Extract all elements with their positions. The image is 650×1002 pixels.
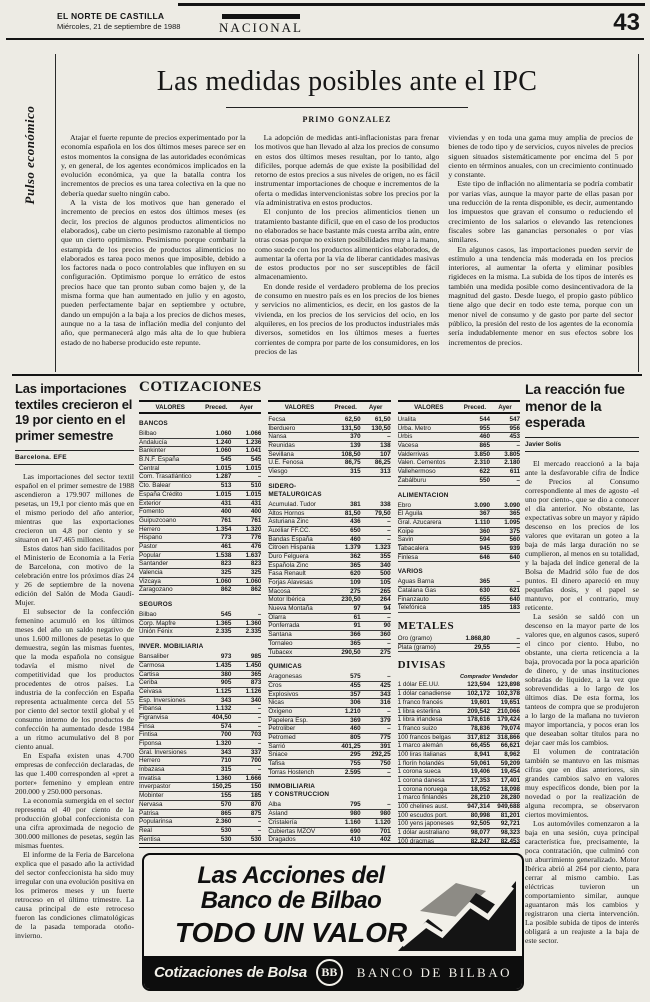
fx-column-header: CompradorVendedor bbox=[398, 674, 520, 680]
quote-row: Bilbao1.0601.066 bbox=[139, 430, 261, 439]
quote-row: Finanzauto655640 bbox=[398, 596, 520, 605]
preced-value: 306 bbox=[331, 699, 361, 707]
quote-row: Unión Fénix2.3352.335 bbox=[139, 628, 261, 637]
quote-row: Valen. Cementos2.3102.180 bbox=[398, 459, 520, 468]
security-name: Bansaliber bbox=[139, 653, 201, 661]
security-name: Sarrió bbox=[268, 743, 330, 751]
quote-row: Petroliber460– bbox=[268, 725, 390, 734]
preced-value: 343 bbox=[201, 697, 231, 705]
security-name: Cros bbox=[268, 682, 330, 690]
quote-row: Herrero710700 bbox=[139, 757, 261, 766]
preced-value: 460 bbox=[331, 536, 361, 544]
quote-row: Sniace295292,25 bbox=[268, 751, 390, 760]
quotes-column-2: VALORESPreced.AyerFecsa62,5061,50Iberdue… bbox=[268, 400, 390, 844]
paragraph: La adopción de medidas anti-inflacionist… bbox=[255, 133, 440, 207]
header-preced: Preced. bbox=[331, 404, 361, 411]
paragraph: viviendas y en toda una gama muy amplia … bbox=[448, 133, 633, 179]
preced-value: 545 bbox=[201, 611, 231, 619]
security-name: Carmosa bbox=[139, 662, 201, 670]
paragraph: A la vista de los motivos que han genera… bbox=[61, 198, 246, 347]
preced-value: 401,25 bbox=[331, 743, 361, 751]
security-name: Asland bbox=[268, 810, 330, 818]
ayer-value: 611 bbox=[490, 468, 520, 476]
preced-value: 343 bbox=[201, 749, 231, 757]
rows-group: 1 dólar EE.UU.123,594123,8981 dólar cana… bbox=[398, 681, 520, 844]
preced-value: 28,210 bbox=[460, 794, 490, 802]
ayer-value: 86,25 bbox=[361, 459, 391, 467]
ayer-value: 275 bbox=[361, 649, 391, 657]
ayer-value: 431 bbox=[231, 500, 261, 508]
security-name: Valen. Cementos bbox=[398, 459, 460, 467]
preced-value: 1.360 bbox=[201, 775, 231, 783]
preced-value: 973 bbox=[201, 653, 231, 661]
ayer-value: – bbox=[361, 769, 391, 777]
security-name: B.N.F. España bbox=[139, 456, 201, 464]
security-name: Petroliber bbox=[268, 725, 330, 733]
quote-row: Petromed805775 bbox=[268, 734, 390, 743]
preced-value: 360 bbox=[460, 528, 490, 536]
preced-value: 365 bbox=[460, 578, 490, 586]
quote-row: 1 corona danesa17,35317,401 bbox=[398, 777, 520, 786]
security-name: Fintisa bbox=[139, 731, 201, 739]
ayer-value: – bbox=[361, 801, 391, 809]
paragraph: El subsector de la confección femenino a… bbox=[15, 607, 134, 751]
ayer-value: 823 bbox=[231, 560, 261, 568]
preced-value: 795 bbox=[331, 801, 361, 809]
security-name: Figranvisa bbox=[139, 714, 201, 722]
ayer-value: 873 bbox=[231, 679, 261, 687]
security-name: Catalana Gas bbox=[398, 587, 460, 595]
ayer-value: 59,209 bbox=[490, 760, 520, 768]
preced-value: 862 bbox=[201, 586, 231, 594]
ayer-value: 355 bbox=[361, 553, 391, 561]
preced-value: 275 bbox=[331, 588, 361, 596]
security-name: Oro (gramo) bbox=[398, 635, 460, 643]
ayer-value: 560 bbox=[490, 536, 520, 544]
section-label: SEGUROS bbox=[139, 601, 261, 609]
quote-row: Real530– bbox=[139, 827, 261, 836]
preced-value: 1.868,80 bbox=[460, 635, 490, 643]
preced-value: 400 bbox=[201, 508, 231, 516]
quote-row: Zaragozano862862 bbox=[139, 586, 261, 595]
security-name: Popular bbox=[139, 552, 201, 560]
security-name: Bankinter bbox=[139, 447, 201, 455]
header-preced: Preced. bbox=[201, 404, 231, 411]
ayer-value: 2.180 bbox=[490, 459, 520, 467]
quote-row: Tabacalera945939 bbox=[398, 545, 520, 554]
quote-row: 100 francos belgas317,812318,866 bbox=[398, 734, 520, 743]
preced-value: 755 bbox=[331, 760, 361, 768]
ayer-value: 939 bbox=[490, 545, 520, 553]
security-name: Tornaleo bbox=[268, 640, 330, 648]
rows-group: Uralita544547Urba. Metro955956Urbis46045… bbox=[398, 416, 520, 486]
paragraph: Las importaciones del sector textil espa… bbox=[15, 472, 134, 544]
quote-row: Esp. Inversiones343340 bbox=[139, 697, 261, 706]
quote-row: Inbazasa315– bbox=[139, 766, 261, 775]
ayer-value: 640 bbox=[490, 554, 520, 562]
quote-row: 1 franco suizo78,83679,074 bbox=[398, 725, 520, 734]
ayer-value: 775 bbox=[361, 734, 391, 742]
ayer-value: 1.236 bbox=[231, 439, 261, 447]
ayer-value: 476 bbox=[231, 543, 261, 551]
preced-value: 155 bbox=[201, 792, 231, 800]
security-name: Vacesa bbox=[398, 442, 460, 450]
security-name: 1 marco alemán bbox=[398, 742, 460, 750]
ayer-value: 862 bbox=[231, 586, 261, 594]
bb-logo-icon: BB bbox=[316, 959, 343, 986]
ayer-value: – bbox=[361, 673, 391, 681]
main-col-1: Atajar el fuerte repunte de precios expe… bbox=[61, 133, 246, 356]
security-name: Popularinsa bbox=[139, 818, 201, 826]
quote-row: Santander823823 bbox=[139, 560, 261, 569]
preced-value: 646 bbox=[460, 554, 490, 562]
preced-value: 1.379 bbox=[331, 544, 361, 552]
security-name: 1 libra esterlina bbox=[398, 708, 460, 716]
paragraph: En algunos casos, las importaciones pued… bbox=[448, 245, 633, 347]
security-name: Motor Ibérica bbox=[268, 596, 330, 604]
ayer-value: 985 bbox=[231, 653, 261, 661]
ayer-value: 400 bbox=[231, 508, 261, 516]
ayer-value: – bbox=[361, 614, 391, 622]
ayer-value: 105 bbox=[361, 579, 391, 587]
security-name: Inbazasa bbox=[139, 766, 201, 774]
ayer-value: 8,962 bbox=[490, 751, 520, 759]
ayer-value: 425 bbox=[361, 682, 391, 690]
table-column-header: VALORESPreced.Ayer bbox=[139, 400, 261, 414]
ayer-value: 1.060 bbox=[231, 578, 261, 586]
ayer-value: 265 bbox=[361, 588, 391, 596]
security-name: Iberduero bbox=[268, 425, 330, 433]
banco-bilbao-ad: Las Acciones del Banco de Bilbao TODO UN… bbox=[142, 853, 524, 991]
table-column-header: VALORESPreced.Ayer bbox=[398, 400, 520, 414]
preced-value: 61 bbox=[331, 614, 361, 622]
security-name: Corp. Mapfre bbox=[139, 620, 201, 628]
ayer-value: 264 bbox=[361, 596, 391, 604]
quotes-bottom-rule bbox=[139, 843, 520, 848]
quote-row: Catalana Gas630621 bbox=[398, 587, 520, 596]
header-valores: VALORES bbox=[268, 404, 330, 411]
paragraph: Este tipo de inflación no alimentaria se… bbox=[448, 179, 633, 244]
preced-value: 98,077 bbox=[460, 829, 490, 837]
preced-value: 570 bbox=[201, 801, 231, 809]
preced-value: 102,172 bbox=[460, 690, 490, 698]
security-name: Vizcaya bbox=[139, 578, 201, 586]
quote-row: Finsa574– bbox=[139, 723, 261, 732]
preced-value: 357 bbox=[331, 691, 361, 699]
preced-value: 773 bbox=[201, 534, 231, 542]
security-name: Tubacex bbox=[268, 649, 330, 657]
ayer-value: 360 bbox=[361, 631, 391, 639]
security-name: Mobinter bbox=[139, 792, 201, 800]
quote-row: Tafisa755750 bbox=[268, 760, 390, 769]
quote-row: Koipe360375 bbox=[398, 528, 520, 537]
quote-row: 100 liras italianas8,9418,962 bbox=[398, 751, 520, 760]
preced-value: 761 bbox=[201, 517, 231, 525]
section-label-large: DIVISAS bbox=[398, 659, 520, 671]
security-name: Ponferrada bbox=[268, 622, 330, 630]
preced-value: 59,061 bbox=[460, 760, 490, 768]
ayer-value: – bbox=[361, 536, 391, 544]
security-name: Santander bbox=[139, 560, 201, 568]
paragraph: El volumen de contratación también se ma… bbox=[525, 747, 639, 819]
security-name: Fomento bbox=[139, 508, 201, 516]
quote-row: Altos Hornos81,5079,50 bbox=[268, 510, 390, 519]
paragraph: El informe de la Feria de Barcelona expl… bbox=[15, 850, 134, 940]
section-label: INMOBILIARIA Y CONSTRUCCION bbox=[268, 783, 390, 799]
quote-row: Oxígeno1.210– bbox=[268, 708, 390, 717]
quote-row: Savin594560 bbox=[398, 536, 520, 545]
dateline: Barcelona. EFE bbox=[15, 450, 134, 465]
ad-line-2: Banco de Bilbao bbox=[162, 888, 420, 913]
quote-row: Exterior431431 bbox=[139, 500, 261, 509]
ayer-value: – bbox=[361, 708, 391, 716]
ayer-value: 318,866 bbox=[490, 734, 520, 742]
preced-value: 1.160 bbox=[331, 819, 361, 827]
preced-value: 1.287 bbox=[201, 473, 231, 481]
quote-row: Aguas Barna365– bbox=[398, 578, 520, 587]
ayer-value: 1.015 bbox=[231, 465, 261, 473]
preced-value: 955 bbox=[460, 425, 490, 433]
security-name: Papelera Esp. bbox=[268, 717, 330, 725]
preced-value: 315 bbox=[331, 468, 361, 476]
ayer-value: 1.066 bbox=[231, 430, 261, 438]
preced-value: 690 bbox=[331, 828, 361, 836]
quote-row: Popular1.5381.637 bbox=[139, 552, 261, 561]
quote-row: Com. Trasatlántico1.287– bbox=[139, 473, 261, 482]
preced-value: 365 bbox=[331, 562, 361, 570]
security-name: Explosivos bbox=[268, 691, 330, 699]
newspaper-page: EL NORTE DE CASTILLA Miércoles, 21 de se… bbox=[0, 0, 650, 1002]
security-name: Uralita bbox=[398, 416, 460, 424]
security-name: Oxígeno bbox=[268, 708, 330, 716]
rows-group: Ebro3.0903.090El Águila367365Gral. Azuca… bbox=[398, 502, 520, 563]
quote-row: Cto. Balear513510 bbox=[139, 482, 261, 491]
quote-row: Telefónica185183 bbox=[398, 604, 520, 613]
security-name: Cristalería bbox=[268, 819, 330, 827]
ayer-value: – bbox=[231, 714, 261, 722]
ayer-value: 292,25 bbox=[361, 751, 391, 759]
preced-value: 123,594 bbox=[460, 681, 490, 689]
ayer-value: 79,074 bbox=[490, 725, 520, 733]
preced-value: 108,50 bbox=[331, 451, 361, 459]
quote-row: Sevillana108,50107 bbox=[268, 451, 390, 460]
security-name: 1 libra irlandesa bbox=[398, 716, 460, 724]
quote-row: 100 escudos port.80,99881,201 bbox=[398, 812, 520, 821]
quote-row: Aragonesas575– bbox=[268, 673, 390, 682]
security-name: Cto. Balear bbox=[139, 482, 201, 490]
quote-row: 1 franco francés19,60119,651 bbox=[398, 699, 520, 708]
quote-row: Tornaleo365– bbox=[268, 640, 390, 649]
quote-row: Fecsa62,5061,50 bbox=[268, 416, 390, 425]
security-name: Urbis bbox=[398, 433, 460, 441]
security-name: Savin bbox=[398, 536, 460, 544]
preced-value: 460 bbox=[460, 433, 490, 441]
paragraph: En donde reside el verdadero problema de… bbox=[255, 282, 440, 356]
ayer-value: 1.095 bbox=[490, 519, 520, 527]
quote-row: Torras Hostench2.595– bbox=[268, 769, 390, 778]
security-name: Sevillana bbox=[268, 451, 330, 459]
preced-value: 29,55 bbox=[460, 644, 490, 652]
ayer-value: 1.120 bbox=[361, 819, 391, 827]
paragraph: Los automóviles comenzaron a la baja en … bbox=[525, 819, 639, 945]
preced-value: 380 bbox=[201, 671, 231, 679]
paper-name: EL NORTE DE CASTILLA bbox=[57, 11, 180, 21]
preced-value: 945 bbox=[460, 545, 490, 553]
ayer-value: – bbox=[361, 725, 391, 733]
preced-value: 19,406 bbox=[460, 768, 490, 776]
rows-group: Acumulad. Tudor381338Altos Hornos81,5079… bbox=[268, 501, 390, 657]
quote-row: Viesgo315313 bbox=[268, 468, 390, 477]
security-name: 1 franco suizo bbox=[398, 725, 460, 733]
preced-value: 2.360 bbox=[201, 818, 231, 826]
ayer-value: – bbox=[361, 640, 391, 648]
preced-value: 19,601 bbox=[460, 699, 490, 707]
ayer-value: – bbox=[361, 518, 391, 526]
preced-value: 92,505 bbox=[460, 820, 490, 828]
paragraph: En España existen unas 4.700 empresas de… bbox=[15, 751, 134, 796]
ayer-value: 701 bbox=[361, 828, 391, 836]
security-name: Alba bbox=[268, 801, 330, 809]
paragraph: La sesión se saldó con un descenso en la… bbox=[525, 612, 639, 747]
security-name: Herrero bbox=[139, 757, 201, 765]
preced-value: 2.595 bbox=[331, 769, 361, 777]
security-name: Patrisa bbox=[139, 810, 201, 818]
quote-row: Urba. Metro955956 bbox=[398, 425, 520, 434]
quote-row: Cristalería1.1601.120 bbox=[268, 819, 390, 828]
ayer-value: 1.360 bbox=[231, 620, 261, 628]
ayer-value: 375 bbox=[490, 528, 520, 536]
quote-row: Valencia325325 bbox=[139, 569, 261, 578]
masthead: EL NORTE DE CASTILLA Miércoles, 21 de se… bbox=[57, 11, 180, 31]
security-name: Auxiliar FF.CC. bbox=[268, 527, 330, 535]
quote-row: Santana366360 bbox=[268, 631, 390, 640]
security-name: Altos Hornos bbox=[268, 510, 330, 518]
preced-value: 805 bbox=[331, 734, 361, 742]
header-rule bbox=[6, 38, 644, 40]
preced-value: 3.090 bbox=[460, 502, 490, 510]
quote-row: Popularinsa2.360– bbox=[139, 818, 261, 827]
security-name: 100 francos belgas bbox=[398, 734, 460, 742]
quote-row: Cubiertas MZOV690701 bbox=[268, 828, 390, 837]
preced-value: 823 bbox=[201, 560, 231, 568]
security-name: Zaragozano bbox=[139, 586, 201, 594]
quote-row: Nansa370– bbox=[268, 433, 390, 442]
ayer-value: – bbox=[490, 442, 520, 450]
preced-value: 905 bbox=[201, 679, 231, 687]
security-name: Española Zinc bbox=[268, 562, 330, 570]
quote-row: Ceriba905873 bbox=[139, 679, 261, 688]
main-article: Las medidas posibles ante el IPC PRIMO G… bbox=[58, 54, 636, 374]
quote-row: Ponferrada9190 bbox=[268, 622, 390, 631]
ayer-value: 185 bbox=[231, 792, 261, 800]
security-name: 1 dólar EE.UU. bbox=[398, 681, 460, 689]
preced-value: 80,998 bbox=[460, 812, 490, 820]
ayer-value: 379 bbox=[361, 717, 391, 725]
quote-row: Fomento400400 bbox=[139, 508, 261, 517]
ayer-value: 17,401 bbox=[490, 777, 520, 785]
header-ayer: Ayer bbox=[231, 404, 261, 411]
ayer-value: 1.126 bbox=[231, 688, 261, 696]
quote-row: 1 marco alemán66,45566,621 bbox=[398, 742, 520, 751]
security-name: Invatisa bbox=[139, 775, 201, 783]
security-name: Reunidas bbox=[268, 442, 330, 450]
ayer-value: 179,424 bbox=[490, 716, 520, 724]
ayer-value: 340 bbox=[361, 562, 391, 570]
ayer-value: – bbox=[231, 611, 261, 619]
ayer-value: 750 bbox=[361, 760, 391, 768]
security-name: Tabacalera bbox=[398, 545, 460, 553]
right-byline: Javier Solís bbox=[525, 437, 639, 452]
preced-value: 1.015 bbox=[201, 465, 231, 473]
section-label: ALIMENTACION bbox=[398, 492, 520, 500]
security-name: Fiponsa bbox=[139, 740, 201, 748]
security-name: Vallehermoso bbox=[398, 468, 460, 476]
security-name: Nervasa bbox=[139, 801, 201, 809]
section-label: INVER. MOBILIARIA bbox=[139, 643, 261, 651]
security-name: Ebro bbox=[398, 502, 460, 510]
preced-value: 655 bbox=[460, 596, 490, 604]
paper-date: Miércoles, 21 de septiembre de 1988 bbox=[57, 22, 180, 31]
ayer-value: 1.666 bbox=[231, 775, 261, 783]
preced-value: 109 bbox=[331, 579, 361, 587]
ayer-value: 1.041 bbox=[231, 447, 261, 455]
quote-row: Iberduero131,50130,50 bbox=[268, 425, 390, 434]
security-name: 1 franco francés bbox=[398, 699, 460, 707]
ayer-value: 90 bbox=[361, 622, 391, 630]
security-name: 1 marco finlandés bbox=[398, 794, 460, 802]
security-name: Olarra bbox=[268, 614, 330, 622]
ayer-value: – bbox=[231, 818, 261, 826]
security-name: 1 corona sueca bbox=[398, 768, 460, 776]
ayer-value: 3.090 bbox=[490, 502, 520, 510]
security-name: Nueva Montaña bbox=[268, 605, 330, 613]
section-label: BANCOS bbox=[139, 420, 261, 428]
ayer-value: – bbox=[231, 766, 261, 774]
preced-value: 365 bbox=[331, 640, 361, 648]
security-name: Central bbox=[139, 465, 201, 473]
ayer-value: 316 bbox=[361, 699, 391, 707]
quote-row: Sarrió401,25391 bbox=[268, 743, 390, 752]
security-name: 100 chelines aust. bbox=[398, 803, 460, 811]
security-name: Herrero bbox=[139, 526, 201, 534]
quote-row: Oro (gramo)1.868,80– bbox=[398, 635, 520, 644]
preced-value: 78,836 bbox=[460, 725, 490, 733]
ayer-value: 365 bbox=[490, 510, 520, 518]
paragraph: Estos datos han sido facilitados por el … bbox=[15, 544, 134, 607]
preced-value: 1.132 bbox=[201, 705, 231, 713]
preced-value: 1.060 bbox=[201, 447, 231, 455]
quote-row: España Crédito1.0151.015 bbox=[139, 491, 261, 500]
quote-row: Asturiana Zinc436– bbox=[268, 518, 390, 527]
quote-row: Zabálburu550– bbox=[398, 477, 520, 486]
ad-slogan: TODO UN VALOR bbox=[162, 918, 420, 948]
security-name: Gral. Azucarera bbox=[398, 519, 460, 527]
security-name: Bilbao bbox=[139, 430, 201, 438]
quote-row: Bandas España460– bbox=[268, 536, 390, 545]
security-name: Citroen Hispania bbox=[268, 544, 330, 552]
quote-row: Corp. Mapfre1.3651.360 bbox=[139, 620, 261, 629]
security-name: U.E. Fenosa bbox=[268, 459, 330, 467]
rows-group: Bilbao1.0601.066Andalucía1.2401.236Banki… bbox=[139, 430, 261, 595]
security-name: Koipe bbox=[398, 528, 460, 536]
quote-row: Central1.0151.015 bbox=[139, 465, 261, 474]
quote-row: Fibansa1.132– bbox=[139, 705, 261, 714]
preced-value: 1.110 bbox=[460, 519, 490, 527]
preced-value: 436 bbox=[331, 518, 361, 526]
header-ayer: Ayer bbox=[361, 404, 391, 411]
ayer-value: – bbox=[490, 578, 520, 586]
ayer-value: 949,688 bbox=[490, 803, 520, 811]
